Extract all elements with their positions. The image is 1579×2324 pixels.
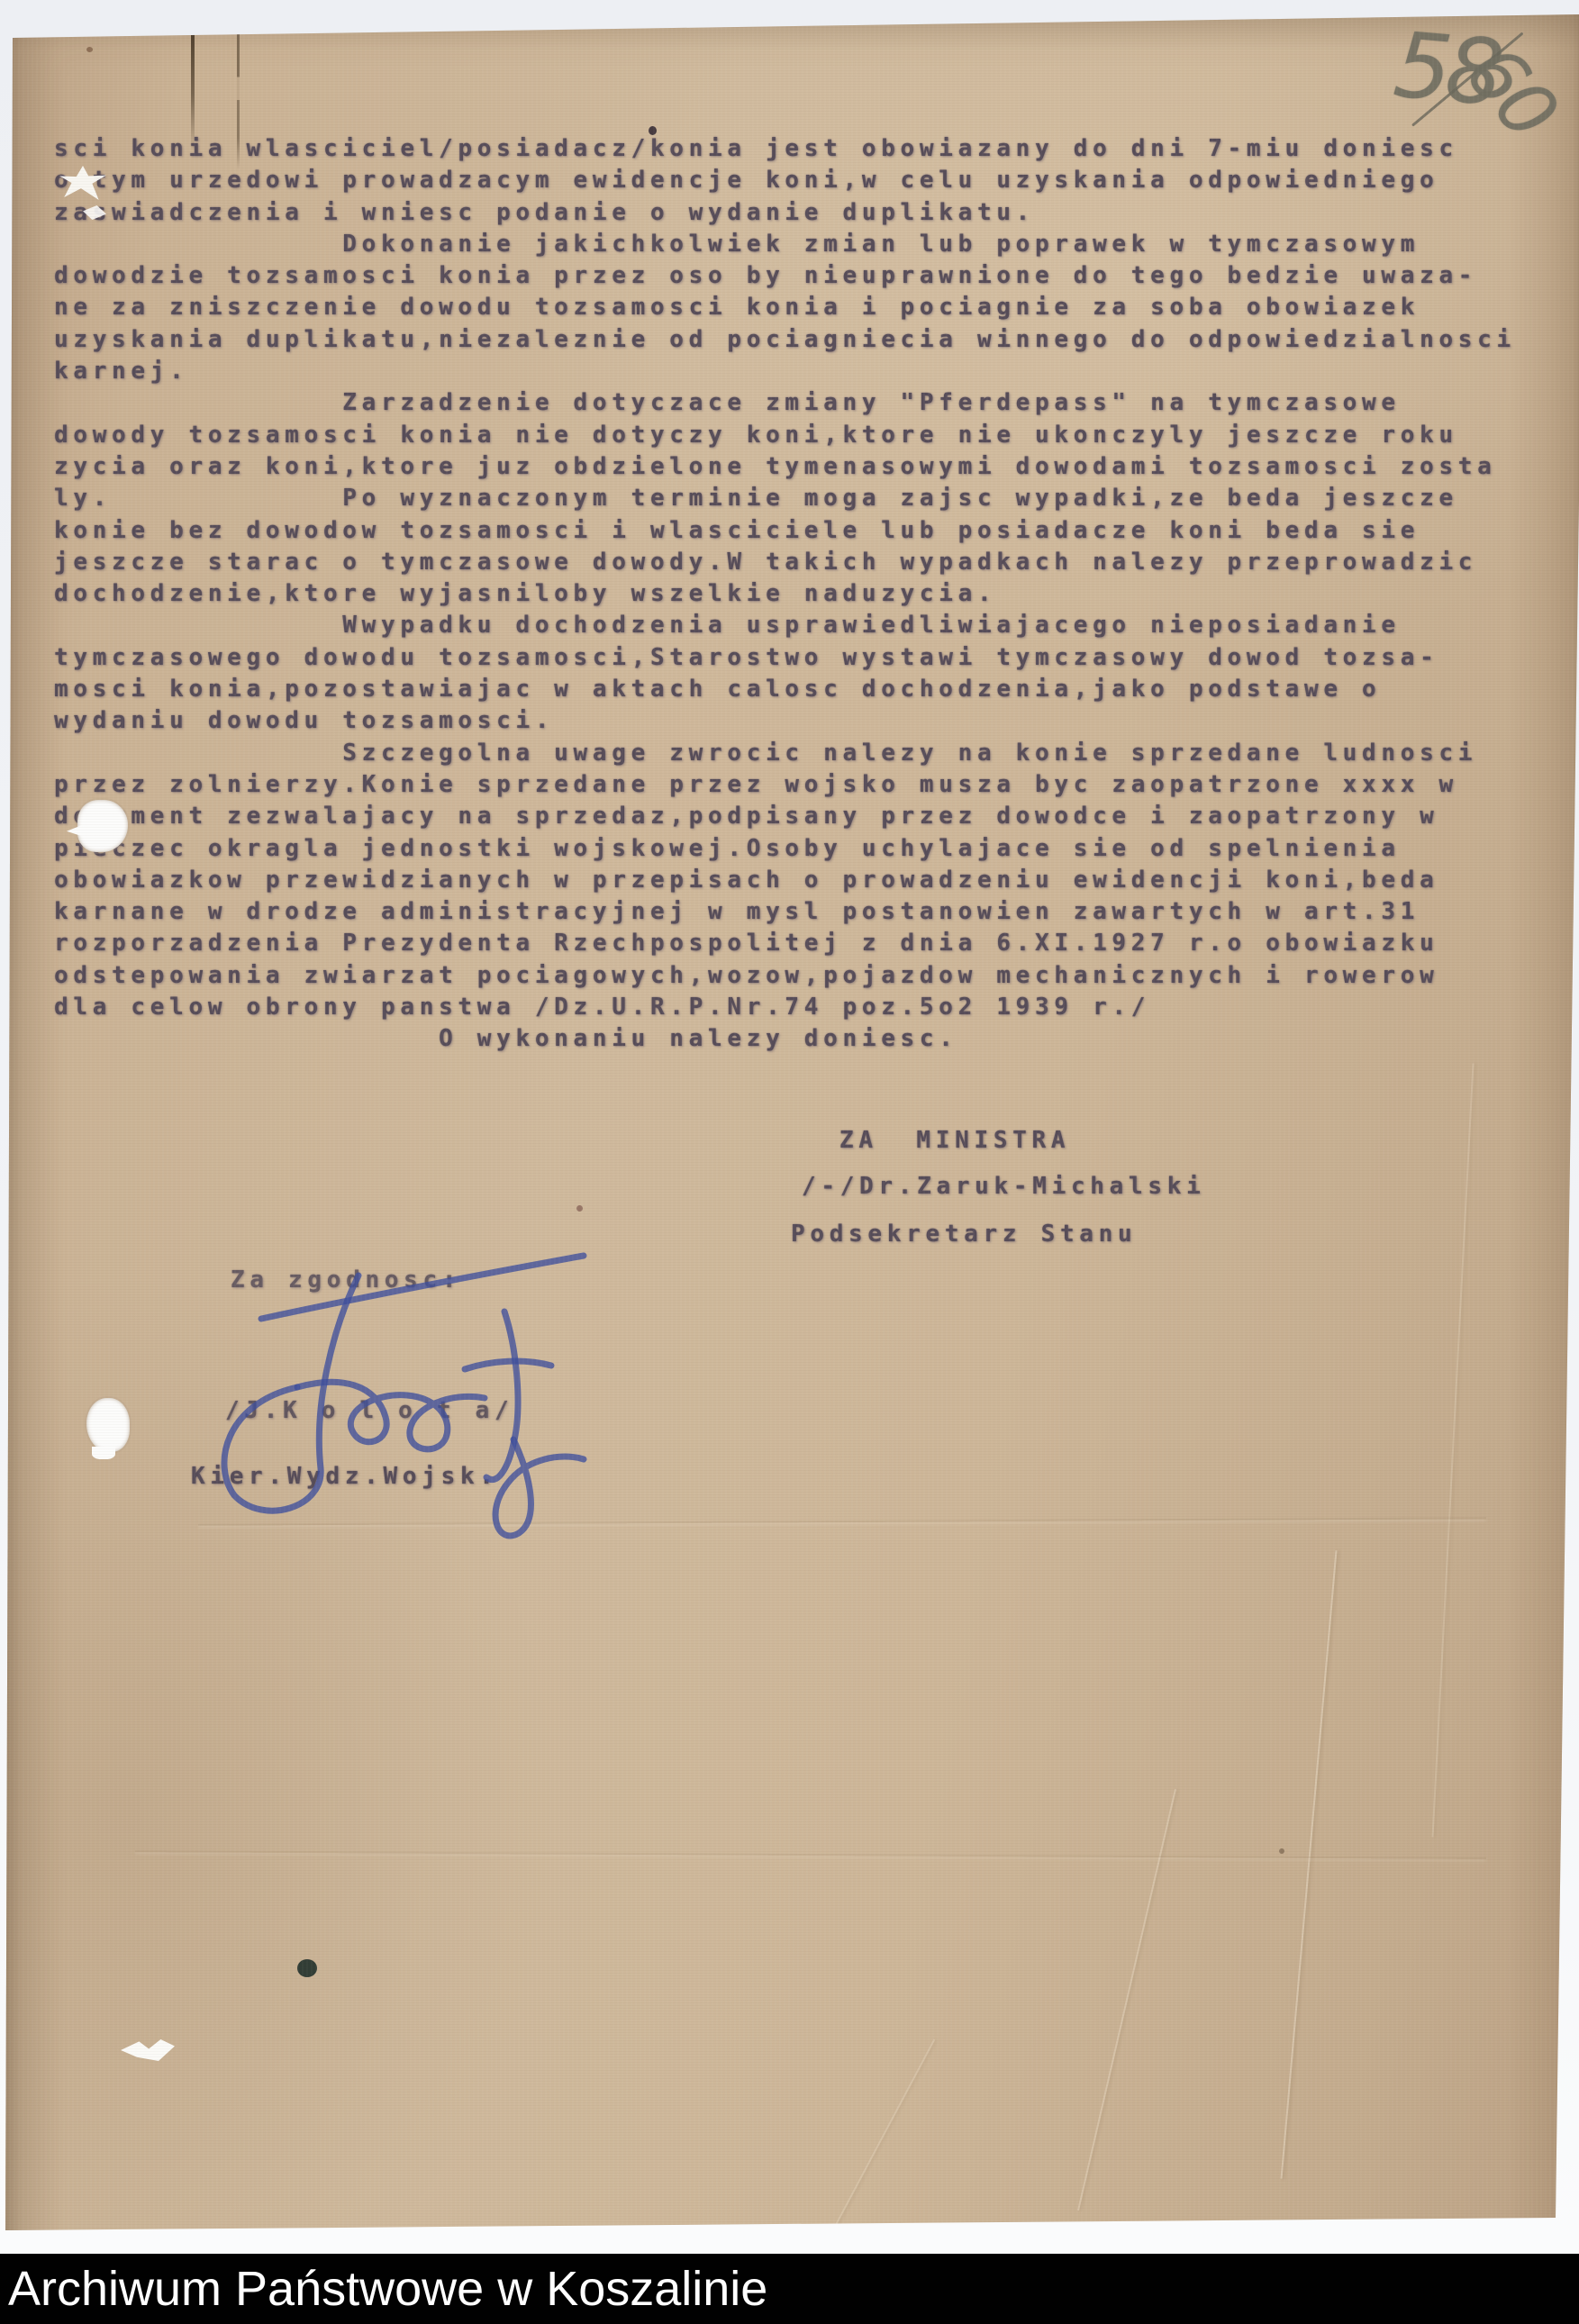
ink-spot: [297, 1959, 317, 1977]
paper-tear: [121, 2034, 175, 2061]
paper-crease: [1431, 1064, 1474, 1838]
minister-title: Podsekretarz Stanu: [791, 1219, 1137, 1250]
handwritten-signature: [162, 1232, 631, 1557]
ink-spot: [649, 126, 657, 135]
letter-body-text: sci konia wlasciciel/posiadacz/konia jes…: [54, 133, 1516, 1056]
paper-crease: [1280, 1550, 1337, 2179]
document-paper: sci konia wlasciciel/posiadacz/konia jes…: [0, 0, 1579, 2324]
scanned-document-page: sci konia wlasciciel/posiadacz/konia jes…: [0, 0, 1579, 2324]
punch-hole: [86, 1398, 130, 1452]
ink-spot: [1279, 1848, 1284, 1854]
paper-crease: [832, 2039, 935, 2231]
archive-name-label: Archiwum Państwowe w Koszalinie: [8, 2261, 767, 2317]
archive-footer-bar: Archiwum Państwowe w Koszalinie: [0, 2254, 1579, 2324]
minister-name: /-/Dr.Zaruk-Michalski: [802, 1171, 1205, 1203]
ink-spot: [86, 47, 93, 52]
za-ministra-heading: ZA MINISTRA: [839, 1125, 1070, 1157]
paper-crease: [1077, 1789, 1176, 2211]
ink-spot: [576, 1205, 583, 1212]
